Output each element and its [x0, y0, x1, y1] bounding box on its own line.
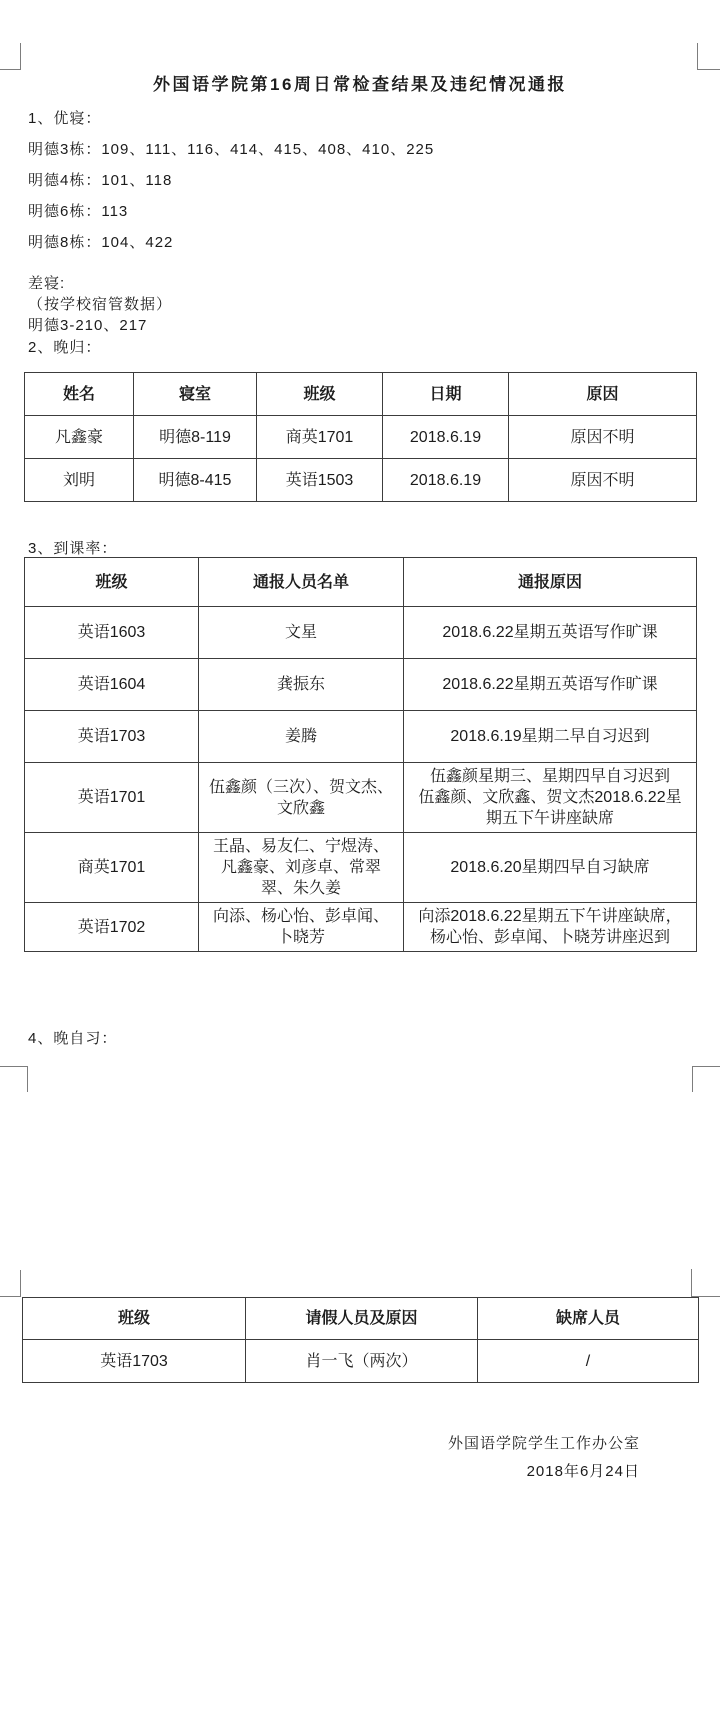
cell-name: 凡鑫豪 — [25, 416, 134, 459]
cell-dorm: 明德8-119 — [134, 416, 257, 459]
cell-students: 向添、杨心怡、彭卓闻、卜晓芳 — [199, 903, 404, 952]
column-header: 姓名 — [25, 373, 134, 416]
column-header: 通报原因 — [404, 558, 697, 607]
good-dorm-line-1: 明德3栋：109、111、116、414、415、408、410、225 — [28, 138, 434, 159]
cell-reason: 原因不明 — [509, 416, 697, 459]
column-header: 班级 — [25, 558, 199, 607]
cell-reason: 2018.6.22星期五英语写作旷课 — [404, 607, 697, 659]
table-row: 英语1703 姜腾 2018.6.19星期二早自习迟到 — [25, 711, 697, 763]
section-1-heading: 1、优寝： — [28, 107, 101, 128]
cell-class: 英语1604 — [25, 659, 199, 711]
cell-class: 英语1702 — [25, 903, 199, 952]
cell-students: 伍鑫颜（三次）、贺文杰、文欣鑫 — [199, 763, 404, 833]
cell-class: 英语1603 — [25, 607, 199, 659]
cell-leave: 肖一飞（两次） — [246, 1340, 478, 1383]
signature-office: 外国语学院学生工作办公室 — [0, 1430, 640, 1458]
cell-class: 英语1703 — [25, 711, 199, 763]
table-row: 英语1703 肖一飞（两次） / — [23, 1340, 699, 1383]
cell-reason: 2018.6.22星期五英语写作旷课 — [404, 659, 697, 711]
column-header: 通报人员名单 — [199, 558, 404, 607]
table-header-row: 姓名 寝室 班级 日期 原因 — [25, 373, 697, 416]
table-row: 英语1702 向添、杨心怡、彭卓闻、卜晓芳 向添2018.6.22星期五下午讲座… — [25, 903, 697, 952]
column-header: 寝室 — [134, 373, 257, 416]
cell-reason: 伍鑫颜星期三、星期四早自习迟到 伍鑫颜、文欣鑫、贺文杰2018.6.22星期五下… — [404, 763, 697, 833]
attendance-table: 班级 通报人员名单 通报原因 英语1603 文星 2018.6.22星期五英语写… — [24, 557, 697, 952]
cell-reason: 向添2018.6.22星期五下午讲座缺席，杨心怡、彭卓闻、卜晓芳讲座迟到 — [404, 903, 697, 952]
cell-absent: / — [478, 1340, 699, 1383]
table-row: 凡鑫豪 明德8-119 商英1701 2018.6.19 原因不明 — [25, 416, 697, 459]
crop-mark-page1-bottom-left — [0, 1066, 28, 1092]
cell-class: 英语1703 — [23, 1340, 246, 1383]
table-row: 英语1603 文星 2018.6.22星期五英语写作旷课 — [25, 607, 697, 659]
document-page: 外国语学院第16周日常检查结果及违纪情况通报 1、优寝： 明德3栋：109、11… — [0, 0, 720, 1715]
crop-mark-page2-top-left — [0, 1270, 21, 1297]
cell-class: 商英1701 — [25, 833, 199, 903]
good-dorm-line-3: 明德6栋：113 — [28, 200, 128, 221]
table-row: 商英1701 王晶、易友仁、宁煜涛、凡鑫豪、刘彦卓、常翠翠、朱久姜 2018.6… — [25, 833, 697, 903]
page-title: 外国语学院第16周日常检查结果及违纪情况通报 — [0, 70, 720, 95]
cell-reason: 2018.6.20星期四早自习缺席 — [404, 833, 697, 903]
cell-class: 英语1701 — [25, 763, 199, 833]
cell-dorm: 明德8-415 — [134, 459, 257, 502]
cell-students: 姜腾 — [199, 711, 404, 763]
evening-study-table: 班级 请假人员及原因 缺席人员 英语1703 肖一飞（两次） / — [22, 1297, 699, 1383]
signature-block: 外国语学院学生工作办公室 2018年6月24日 — [0, 1430, 640, 1486]
crop-mark-page1-top-left — [0, 43, 21, 70]
table-row: 英语1701 伍鑫颜（三次）、贺文杰、文欣鑫 伍鑫颜星期三、星期四早自习迟到 伍… — [25, 763, 697, 833]
cell-date: 2018.6.19 — [383, 459, 509, 502]
cell-students: 王晶、易友仁、宁煜涛、凡鑫豪、刘彦卓、常翠翠、朱久姜 — [199, 833, 404, 903]
bad-dorm-heading: 差寝: — [28, 272, 65, 293]
good-dorm-line-2: 明德4栋：101、118 — [28, 169, 172, 190]
late-return-table: 姓名 寝室 班级 日期 原因 凡鑫豪 明德8-119 商英1701 2018.6… — [24, 372, 697, 502]
cell-reason: 原因不明 — [509, 459, 697, 502]
table-header-row: 班级 通报人员名单 通报原因 — [25, 558, 697, 607]
bad-dorm-rooms: 明德3-210、217 — [28, 314, 147, 335]
crop-mark-page1-top-right — [697, 43, 720, 70]
column-header: 请假人员及原因 — [246, 1298, 478, 1340]
cell-students: 龚振东 — [199, 659, 404, 711]
table-row: 刘明 明德8-415 英语1503 2018.6.19 原因不明 — [25, 459, 697, 502]
crop-mark-page2-top-right — [691, 1269, 720, 1297]
column-header: 班级 — [23, 1298, 246, 1340]
section-4-heading: 4、晚自习： — [28, 1027, 117, 1048]
bad-dorm-note: （按学校宿管数据） — [28, 293, 172, 314]
column-header: 班级 — [257, 373, 383, 416]
cell-name: 刘明 — [25, 459, 134, 502]
cell-date: 2018.6.19 — [383, 416, 509, 459]
cell-reason: 2018.6.19星期二早自习迟到 — [404, 711, 697, 763]
table-header-row: 班级 请假人员及原因 缺席人员 — [23, 1298, 699, 1340]
column-header: 原因 — [509, 373, 697, 416]
cell-students: 文星 — [199, 607, 404, 659]
crop-mark-page1-bottom-right — [692, 1066, 720, 1092]
cell-class: 商英1701 — [257, 416, 383, 459]
section-3-heading: 3、到课率： — [28, 537, 117, 558]
column-header: 日期 — [383, 373, 509, 416]
cell-class: 英语1503 — [257, 459, 383, 502]
table-row: 英语1604 龚振东 2018.6.22星期五英语写作旷课 — [25, 659, 697, 711]
column-header: 缺席人员 — [478, 1298, 699, 1340]
good-dorm-line-4: 明德8栋：104、422 — [28, 231, 173, 252]
signature-date: 2018年6月24日 — [0, 1458, 640, 1486]
section-2-heading: 2、晚归： — [28, 336, 101, 357]
